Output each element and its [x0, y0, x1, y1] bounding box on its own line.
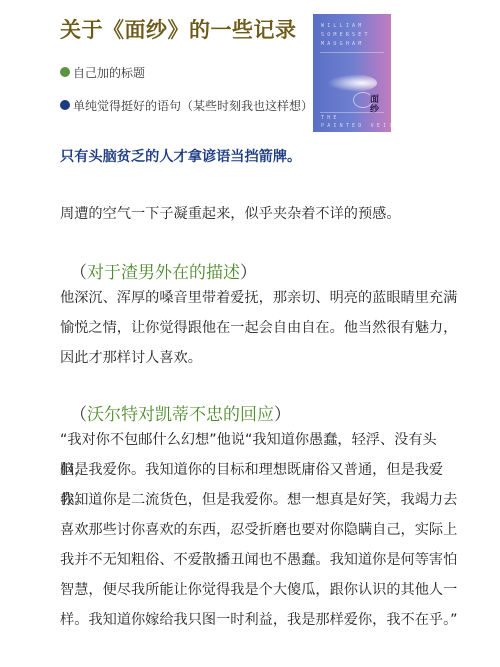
cover-divider: [320, 112, 384, 113]
cover-author-line: SOMERSET: [321, 32, 371, 38]
text-line: 样。我知道你嫁给我只图一时利益，我是那样爱你，我不在乎。”: [60, 605, 460, 635]
book-cover-image: WILLIAM SOMERSET MAUGHAM 面纱 THE PAINTED …: [313, 14, 391, 132]
legend-item-good-sentence: 单纯觉得挺好的语句（某些时刻我也这样想）: [60, 97, 313, 113]
text-line: 我并不无知粗俗、不爱散播丑闻也不愚蠢。我知道你是何等害怕: [60, 545, 460, 575]
veil-illustration: [327, 74, 377, 92]
text-line: 他深沉、浑厚的嗓音里带着爱抚，那亲切、明亮的蓝眼睛里充满: [60, 283, 460, 313]
text-line: 因此才那样讨人喜欢。: [60, 343, 460, 373]
text-line: 喜欢那些讨你喜欢的东西，忍受折磨也要对你隐瞒自己，实际上: [60, 515, 460, 545]
legend-item-own-heading: 自己加的标题: [60, 64, 313, 80]
highlight-quote: 只有头脑贫乏的人才拿谚语当挡箭牌。: [60, 142, 460, 172]
legend-label: 自己加的标题: [73, 64, 145, 81]
legend: 自己加的标题 单纯觉得挺好的语句（某些时刻我也这样想）: [60, 64, 313, 130]
text-line: 智慧，便尽我所能让你觉得我是个大傻瓜，跟你认识的其他人一: [60, 575, 460, 605]
cover-author-line: WILLIAM: [321, 23, 364, 29]
green-dot-icon: [60, 67, 70, 77]
text-line: 愉悦之情，让你觉得跟他在一起会自由自在。他当然很有魅力，: [60, 313, 460, 343]
cover-chinese-title: 面纱: [367, 94, 380, 114]
cover-title-line: THE: [321, 115, 340, 121]
section-heading-walter-response: （沃尔特对凯蒂不忠的回应）: [70, 400, 291, 425]
page-title: 关于《面纱》的一些记录: [60, 14, 297, 44]
cover-title-line: PAINTED VEIL: [321, 123, 391, 129]
legend-label: 单纯觉得挺好的语句（某些时刻我也这样想）: [73, 97, 313, 114]
cover-author-line: MAUGHAM: [321, 41, 364, 47]
cover-divider: [320, 52, 384, 53]
blue-dot-icon: [60, 100, 70, 110]
text-line: 我知道你是二流货色，但是我爱你。想一想真是好笑，我竭力去: [60, 485, 460, 515]
section-heading-appearance: （对于渣男外在的描述）: [70, 258, 257, 283]
atmosphere-quote: 周遭的空气一下子凝重起来，似乎夹杂着不详的预感。: [60, 199, 460, 229]
